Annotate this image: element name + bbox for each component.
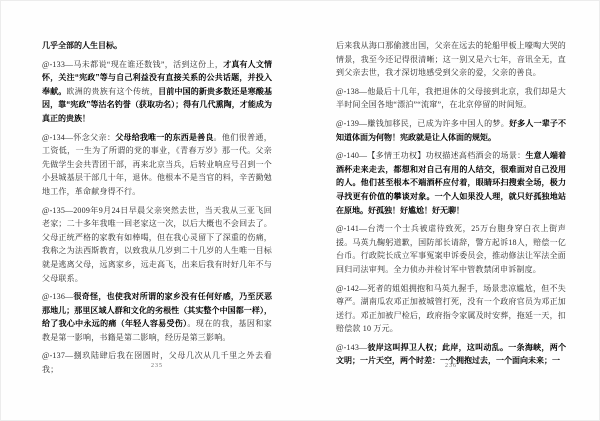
paragraph: @-142—死者的姐姐拥抱和马英九握手，场景悲凉尴尬，但不失尊严。湖南瓜农邓正加… — [336, 282, 566, 336]
paragraph: @-133—马未都说“现在谁还数钱”，活到这份上，才真有人文情怀，关注“宪政”等… — [42, 58, 272, 126]
paragraph: @-141—台湾一个士兵被虐待致死，25万台胞身穿白衣上街声援。马英九鞠躬道歉，… — [336, 222, 566, 276]
page-number-right: 236 — [336, 363, 566, 369]
paragraph: @-134—怀念父亲：父母给我唯一的东西是善良。他们很普通，工资低，一生为了所谓… — [42, 131, 272, 199]
body-text: @-134—怀念父亲： — [42, 133, 115, 142]
page-left-text: 几乎全部的人生目标。@-133—马未都说“现在谁还数钱”，活到这份上，才真有人文… — [42, 39, 272, 377]
body-text: @-140—【多情王功权】功权描述高档酒会的场景： — [336, 151, 526, 160]
body-text: @-138—他最后十几年，我把退休的父母接到北京，我们却是大半时间全国各地“漂泊… — [336, 87, 566, 110]
body-text: @-133—马未都说“现在谁还数钱”，活到这份上， — [42, 60, 223, 69]
body-text: 欧洲的贵族有这个传统， — [66, 87, 158, 96]
paragraph: 几乎全部的人生目标。 — [42, 39, 272, 53]
emphasis-text: 父母给我唯一的东西是善良 — [115, 133, 213, 142]
paragraph: @-139—赚钱加移民，已成为许多中国人的梦。好多人一辈子不知道体面为何物！宪政… — [336, 117, 566, 144]
body-text: @-143— — [336, 343, 367, 352]
body-text: @-139—赚钱加移民，已成为许多中国人的梦。 — [336, 119, 509, 128]
paragraph: @-135—2009年9月24日早晨父亲突然去世，当天我从三亚飞回老家；二十多年… — [42, 204, 272, 286]
page-left: 几乎全部的人生目标。@-133—马未都说“现在谁还数钱”，活到这份上，才真有人文… — [42, 39, 272, 399]
emphasis-text: 几乎全部的人生目标。 — [42, 41, 122, 50]
paragraph: @-140—【多情王功权】功权描述高档酒会的场景：生意人端着酒杯走来走去，都想和… — [336, 149, 566, 217]
body-text: @-142—死者的姐姐拥抱和马英九握手，场景悲凉尴尬，但不失尊严。湖南瓜农邓正加… — [336, 284, 566, 334]
page-right: 后来我从海口那偷渡出国，父亲在远去的轮船甲板上嚎啕大哭的情景，我至今还记得很清晰… — [336, 39, 566, 399]
body-text: 后来我从海口那偷渡出国，父亲在远去的轮船甲板上嚎啕大哭的情景，我至今还记得很清晰… — [336, 41, 566, 77]
paragraph: 后来我从海口那偷渡出国，父亲在远去的轮船甲板上嚎啕大哭的情景，我至今还记得很清晰… — [336, 39, 566, 80]
page-number-left: 235 — [42, 363, 272, 369]
paragraph: @-136—很奇怪，也使我对所谓的家乡没有任何好感，乃至厌恶那地儿；那里区域人群… — [42, 290, 272, 344]
emphasis-text: 生意人端着酒杯走来走去，都想和对自己有用的人结交，很难面对自己没用的人。他们甚至… — [336, 151, 566, 214]
body-text: @-135—2009年9月24日早晨父亲突然去世，当天我从三亚飞回老家；二十多年… — [42, 206, 272, 283]
document-spread: 几乎全部的人生目标。@-133—马未都说“现在谁还数钱”，活到这份上，才真有人文… — [0, 0, 600, 421]
paragraph: @-138—他最后十几年，我把退休的父母接到北京，我们却是大半时间全国各地“漂泊… — [336, 85, 566, 112]
body-text: 。他们很普通，工资低，一生为了所谓的党的事业，《青春万岁》那一代。父亲先做学生会… — [42, 133, 272, 196]
body-text: @-141—台湾一个士兵被虐待致死，25万台胞身穿白衣上街声援。马英九鞠躬道歉，… — [336, 224, 566, 274]
page-right-text: 后来我从海口那偷渡出国，父亲在远去的轮船甲板上嚎啕大哭的情景，我至今还记得很清晰… — [336, 39, 566, 368]
body-text: @-136— — [42, 292, 73, 301]
